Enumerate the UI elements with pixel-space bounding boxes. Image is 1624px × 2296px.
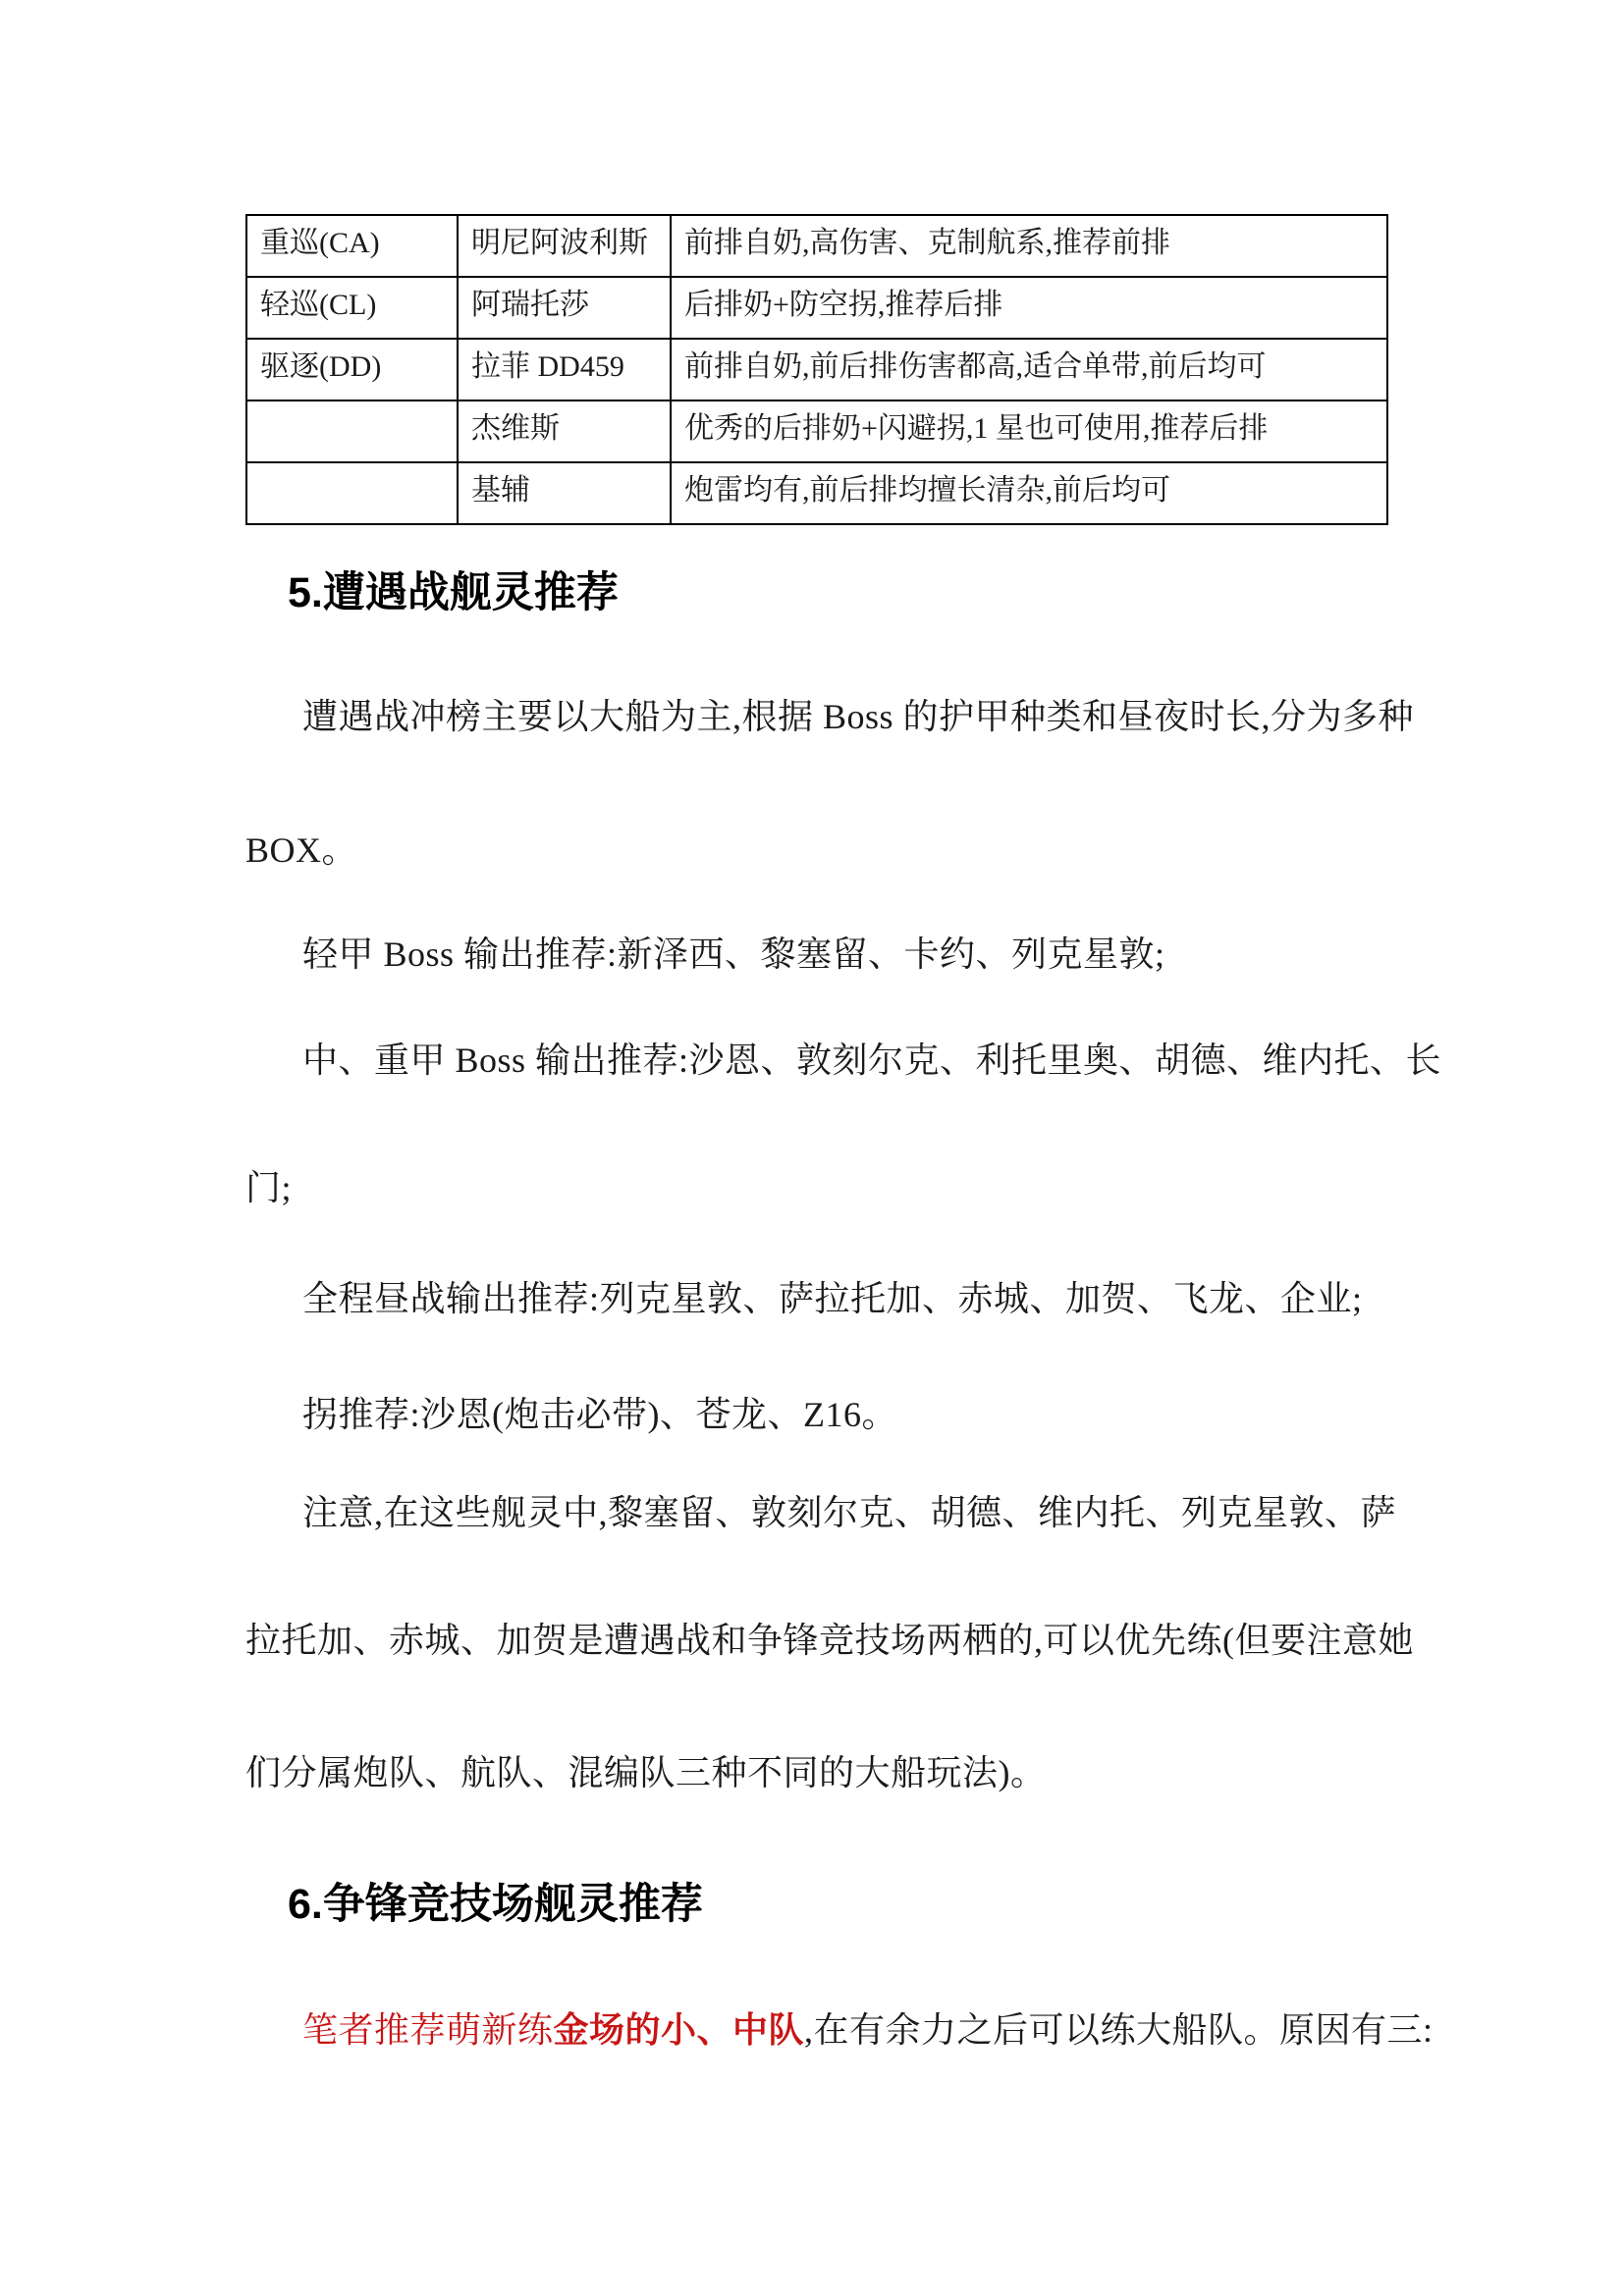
ship-type-cell: 驱逐(DD) [246,339,458,400]
ship-notes-cell: 前排自奶,前后排伤害都高,适合单带,前后均可 [671,339,1387,400]
section5-heading: 5.遭遇战舰灵推荐 [288,571,619,615]
ship-name-cell: 阿瑞托莎 [458,277,671,339]
ship-name-cell: 拉菲 DD459 [458,339,671,400]
paragraph-line: 全程昼战输出推荐:列克星敦、萨拉托加、赤城、加贺、飞龙、企业; [302,1279,1363,1318]
paragraph-line: 拐推荐:沙恩(炮击必带)、苍龙、Z16。 [302,1395,897,1434]
ship-name-cell: 基辅 [458,462,671,524]
ship-notes-cell: 后排奶+防空拐,推荐后排 [671,277,1387,339]
paragraph-line: 注意,在这些舰灵中,黎塞留、敦刻尔克、胡德、维内托、列克星敦、萨 [302,1493,1396,1532]
ship-name-cell: 杰维斯 [458,400,671,462]
paragraph-line: 中、重甲 Boss 输出推荐:沙恩、敦刻尔克、利托里奥、胡德、维内托、长 [302,1041,1441,1080]
section6-heading: 6.争锋竞技场舰灵推荐 [288,1883,703,1927]
table-row: 杰维斯 优秀的后排奶+闪避拐,1 星也可使用,推荐后排 [246,400,1387,462]
ship-type-cell [246,400,458,462]
paragraph-line: 笔者推荐萌新练金场的小、中队,在有余力之后可以练大船队。原因有三: [302,2010,1434,2050]
table-row: 轻巡(CL) 阿瑞托莎 后排奶+防空拐,推荐后排 [246,277,1387,339]
ship-notes-cell: 炮雷均有,前后排均擅长清杂,前后均可 [671,462,1387,524]
paragraph-line: 们分属炮队、航队、混编队三种不同的大船玩法)。 [245,1753,1047,1792]
ship-type-cell [246,462,458,524]
ship-type-cell: 轻巡(CL) [246,277,458,339]
paragraph-line: 遭遇战冲榜主要以大船为主,根据 Boss 的护甲种类和昼夜时长,分为多种 [302,697,1414,736]
ship-name-cell: 明尼阿波利斯 [458,215,671,277]
paragraph-text: ,在有余力之后可以练大船队。原因有三: [804,2010,1434,2050]
paragraph-line: 轻甲 Boss 输出推荐:新泽西、黎塞留、卡约、列克星敦; [302,934,1165,974]
table-row: 重巡(CA) 明尼阿波利斯 前排自奶,高伤害、克制航系,推荐前排 [246,215,1387,277]
ship-recommendation-table: 重巡(CA) 明尼阿波利斯 前排自奶,高伤害、克制航系,推荐前排 轻巡(CL) … [245,214,1388,525]
paragraph-line: 拉托加、赤城、加贺是遭遇战和争锋竞技场两栖的,可以优先练(但要注意她 [245,1621,1414,1660]
table-row: 驱逐(DD) 拉菲 DD459 前排自奶,前后排伤害都高,适合单带,前后均可 [246,339,1387,400]
paragraph-line: 门; [245,1168,292,1207]
ship-notes-cell: 优秀的后排奶+闪避拐,1 星也可使用,推荐后排 [671,400,1387,462]
table-row: 基辅 炮雷均有,前后排均擅长清杂,前后均可 [246,462,1387,524]
ship-notes-cell: 前排自奶,高伤害、克制航系,推荐前排 [671,215,1387,277]
red-emphasis-text: 笔者推荐萌新练 [302,2010,554,2050]
document-page: 重巡(CA) 明尼阿波利斯 前排自奶,高伤害、克制航系,推荐前排 轻巡(CL) … [0,0,1624,2296]
red-bold-emphasis-text: 金场的小、中队 [554,2009,805,2050]
ship-type-cell: 重巡(CA) [246,215,458,277]
paragraph-line: BOX。 [245,830,357,870]
